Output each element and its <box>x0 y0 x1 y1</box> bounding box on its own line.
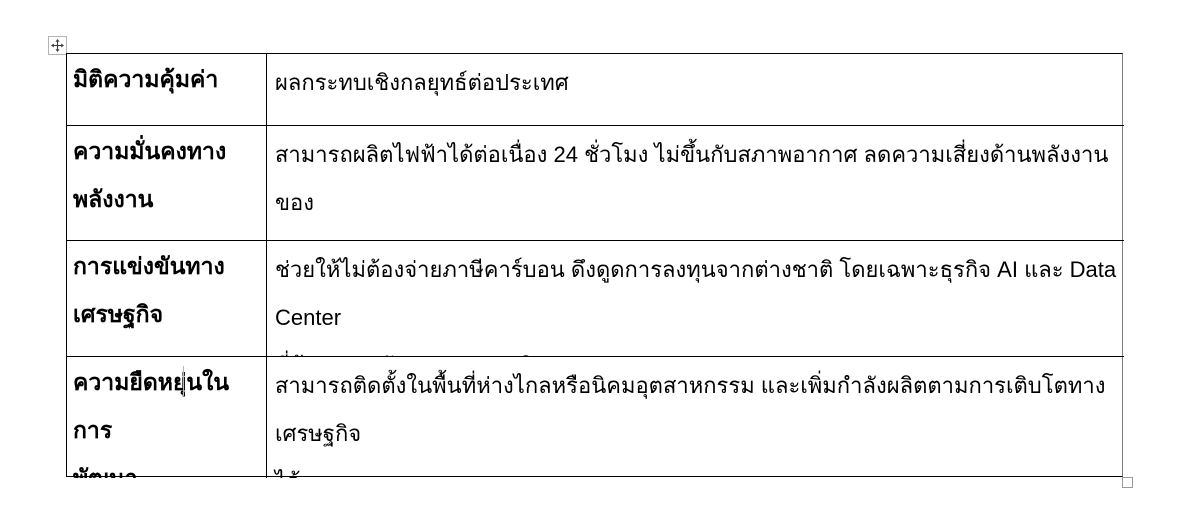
table-row-1-header[interactable]: มิติความคุ้มค่า <box>67 54 267 126</box>
table-row-2-header[interactable]: ความมั่นคงทาง พลังงาน <box>67 126 267 241</box>
document-page: มิติความคุ้มค่า ผลกระทบเชิงกลยุทธ์ต่อประ… <box>0 0 1200 516</box>
move-cross-icon <box>51 39 64 52</box>
table-row-2-detail[interactable]: สามารถผลิตไฟฟ้าได้ต่อเนื่อง 24 ชั่วโมง ไ… <box>267 126 1124 241</box>
table-resize-handle[interactable] <box>1122 477 1133 488</box>
table-row-4-detail[interactable]: สามารถติดตั้งในพื้นที่ห่างไกลหรือนิคมอุต… <box>267 357 1124 478</box>
table-move-handle[interactable] <box>48 36 67 55</box>
table-row-4-header[interactable]: ความยืดหยุ่นในการ พัฒนา <box>67 357 267 478</box>
table-row-3-header[interactable]: การแข่งขันทาง เศรษฐกิจ <box>67 241 267 357</box>
text-cursor <box>183 366 184 396</box>
benefits-table: มิติความคุ้มค่า ผลกระทบเชิงกลยุทธ์ต่อประ… <box>66 53 1123 477</box>
table-row-3-detail[interactable]: ช่วยให้ไม่ต้องจ่ายภาษีคาร์บอน ดึงดูดการล… <box>267 241 1124 357</box>
table-row-1-detail[interactable]: ผลกระทบเชิงกลยุทธ์ต่อประเทศ <box>267 54 1124 126</box>
